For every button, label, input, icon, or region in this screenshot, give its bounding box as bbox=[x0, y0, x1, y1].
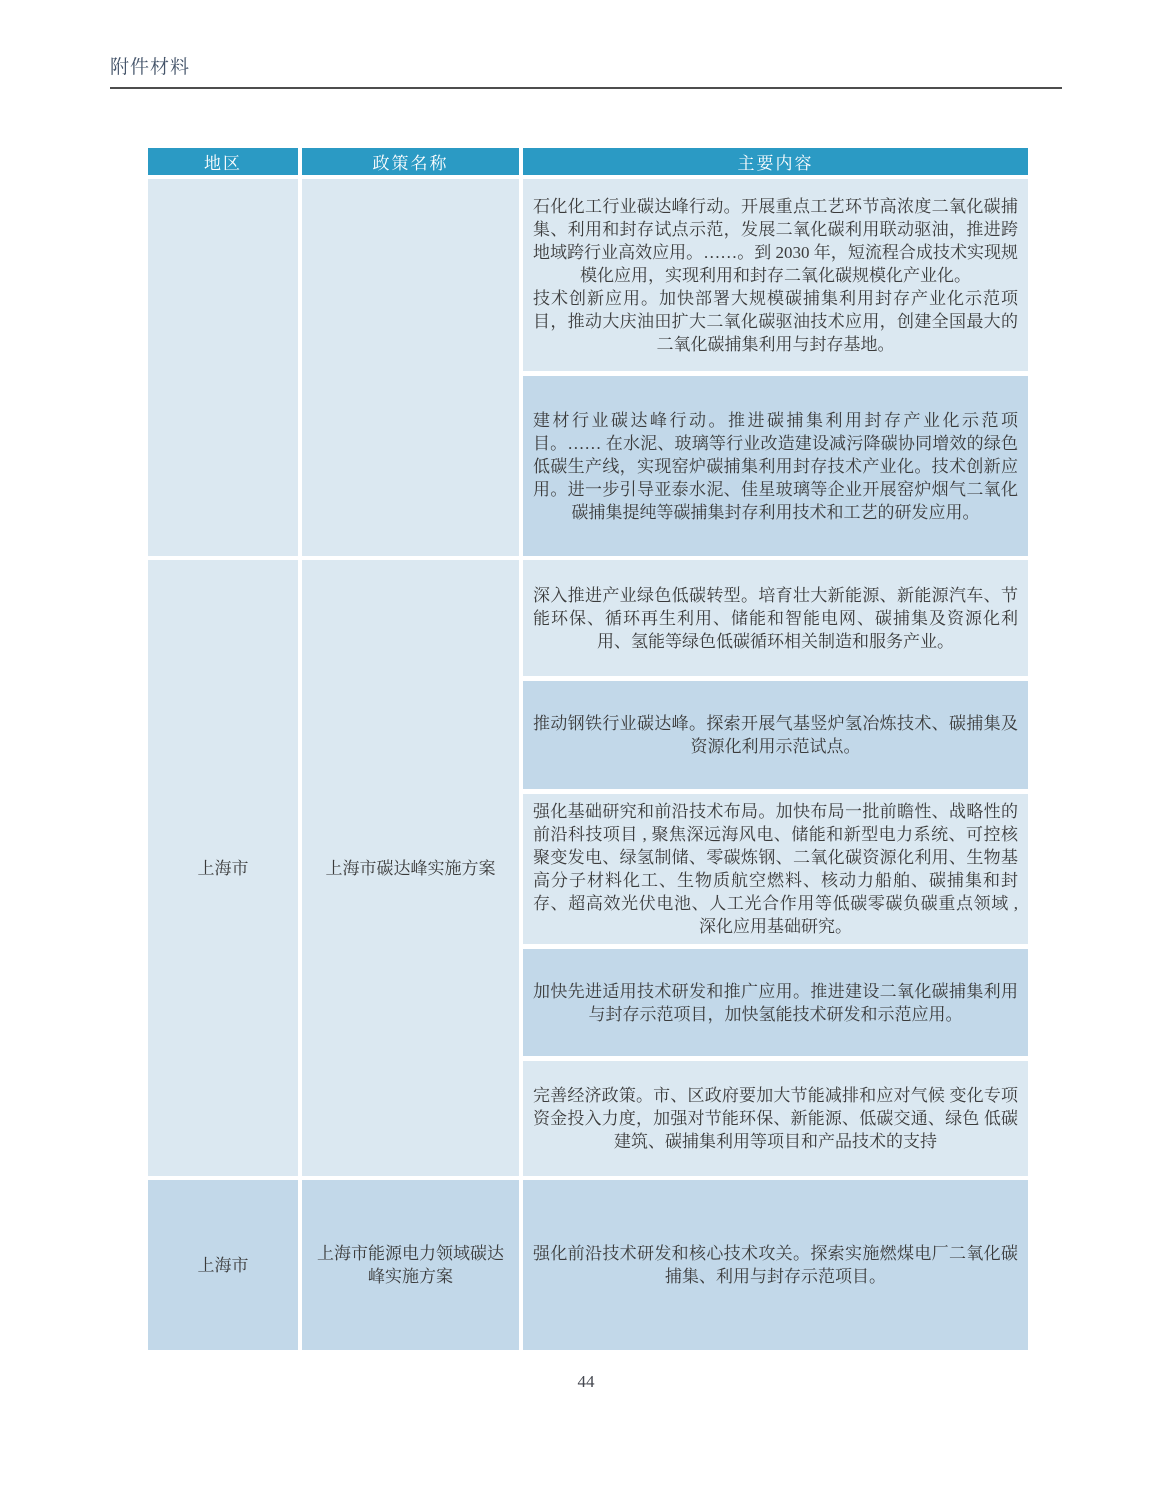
policy-table-body: 石化化工行业碳达峰行动。开展重点工艺环节高浓度二氧化碳捕集、利用和封存试点示范，… bbox=[148, 179, 1028, 1350]
content-column: 强化前沿技术研发和核心技术攻关。探索实施燃煤电厂二氧化碳捕集、利用与封存示范项目… bbox=[523, 1180, 1028, 1350]
column-header-region: 地区 bbox=[148, 148, 298, 175]
content-paragraph: 加快先进适用技术研发和推广应用。推进建设二氧化碳捕集利用与封存示范项目，加快氢能… bbox=[533, 980, 1018, 1026]
content-paragraph: 技术创新应用。加快部署大规模碳捕集利用封存产业化示范项目，推动大庆油田扩大二氧化… bbox=[533, 287, 1018, 356]
content-cell: 深入推进产业绿色低碳转型。培育壮大新能源、新能源汽车、节能环保、循环再生利用、储… bbox=[523, 560, 1028, 676]
page-title: 附件材料 bbox=[110, 52, 190, 87]
table-row: 石化化工行业碳达峰行动。开展重点工艺环节高浓度二氧化碳捕集、利用和封存试点示范，… bbox=[148, 179, 1028, 556]
policy-table: 地区 政策名称 主要内容 石化化工行业碳达峰行动。开展重点工艺环节高浓度二氧化碳… bbox=[148, 148, 1028, 1350]
header-rule bbox=[110, 87, 1062, 89]
content-cell: 建材行业碳达峰行动。推进碳捕集利用封存产业化示范项目。…… 在水泥、玻璃等行业改… bbox=[523, 376, 1028, 556]
region-cell bbox=[148, 179, 298, 556]
content-paragraph: 石化化工行业碳达峰行动。开展重点工艺环节高浓度二氧化碳捕集、利用和封存试点示范，… bbox=[533, 195, 1018, 287]
table-header-row: 地区 政策名称 主要内容 bbox=[148, 148, 1028, 175]
content-column: 深入推进产业绿色低碳转型。培育壮大新能源、新能源汽车、节能环保、循环再生利用、储… bbox=[523, 560, 1028, 1176]
region-cell: 上海市 bbox=[148, 560, 298, 1176]
column-header-content: 主要内容 bbox=[523, 148, 1028, 175]
content-cell: 推动钢铁行业碳达峰。探索开展气基竖炉氢冶炼技术、碳捕集及资源化利用示范试点。 bbox=[523, 681, 1028, 789]
content-column: 石化化工行业碳达峰行动。开展重点工艺环节高浓度二氧化碳捕集、利用和封存试点示范，… bbox=[523, 179, 1028, 556]
content-cell: 完善经济政策。市、区政府要加大节能减排和应对气候 变化专项资金投入力度，加强对节… bbox=[523, 1061, 1028, 1176]
content-paragraph: 深入推进产业绿色低碳转型。培育壮大新能源、新能源汽车、节能环保、循环再生利用、储… bbox=[533, 584, 1018, 653]
content-cell: 强化前沿技术研发和核心技术攻关。探索实施燃煤电厂二氧化碳捕集、利用与封存示范项目… bbox=[523, 1180, 1028, 1350]
content-paragraph: 强化基础研究和前沿技术布局。加快布局一批前瞻性、战略性的前沿科技项目 , 聚焦深… bbox=[533, 800, 1018, 938]
content-paragraph: 完善经济政策。市、区政府要加大节能减排和应对气候 变化专项资金投入力度，加强对节… bbox=[533, 1084, 1018, 1153]
content-cell: 加快先进适用技术研发和推广应用。推进建设二氧化碳捕集利用与封存示范项目，加快氢能… bbox=[523, 949, 1028, 1056]
document-page: 附件材料 地区 政策名称 主要内容 石化化工行业碳达峰行动。开展重点工艺环节高浓… bbox=[0, 0, 1172, 1487]
content-cell: 强化基础研究和前沿技术布局。加快布局一批前瞻性、战略性的前沿科技项目 , 聚焦深… bbox=[523, 794, 1028, 944]
content-paragraph: 强化前沿技术研发和核心技术攻关。探索实施燃煤电厂二氧化碳捕集、利用与封存示范项目… bbox=[533, 1242, 1018, 1288]
table-row: 上海市上海市碳达峰实施方案深入推进产业绿色低碳转型。培育壮大新能源、新能源汽车、… bbox=[148, 560, 1028, 1176]
content-cell: 石化化工行业碳达峰行动。开展重点工艺环节高浓度二氧化碳捕集、利用和封存试点示范，… bbox=[523, 179, 1028, 371]
table-row: 上海市上海市能源电力领域碳达峰实施方案强化前沿技术研发和核心技术攻关。探索实施燃… bbox=[148, 1180, 1028, 1350]
policy-name-cell bbox=[302, 179, 519, 556]
content-paragraph: 推动钢铁行业碳达峰。探索开展气基竖炉氢冶炼技术、碳捕集及资源化利用示范试点。 bbox=[533, 712, 1018, 758]
content-paragraph: 建材行业碳达峰行动。推进碳捕集利用封存产业化示范项目。…… 在水泥、玻璃等行业改… bbox=[533, 409, 1018, 524]
document-header: 附件材料 bbox=[110, 52, 1062, 89]
policy-name-cell: 上海市碳达峰实施方案 bbox=[302, 560, 519, 1176]
region-cell: 上海市 bbox=[148, 1180, 298, 1350]
column-header-policy: 政策名称 bbox=[302, 148, 519, 175]
policy-name-cell: 上海市能源电力领域碳达峰实施方案 bbox=[302, 1180, 519, 1350]
page-number: 44 bbox=[0, 1372, 1172, 1392]
